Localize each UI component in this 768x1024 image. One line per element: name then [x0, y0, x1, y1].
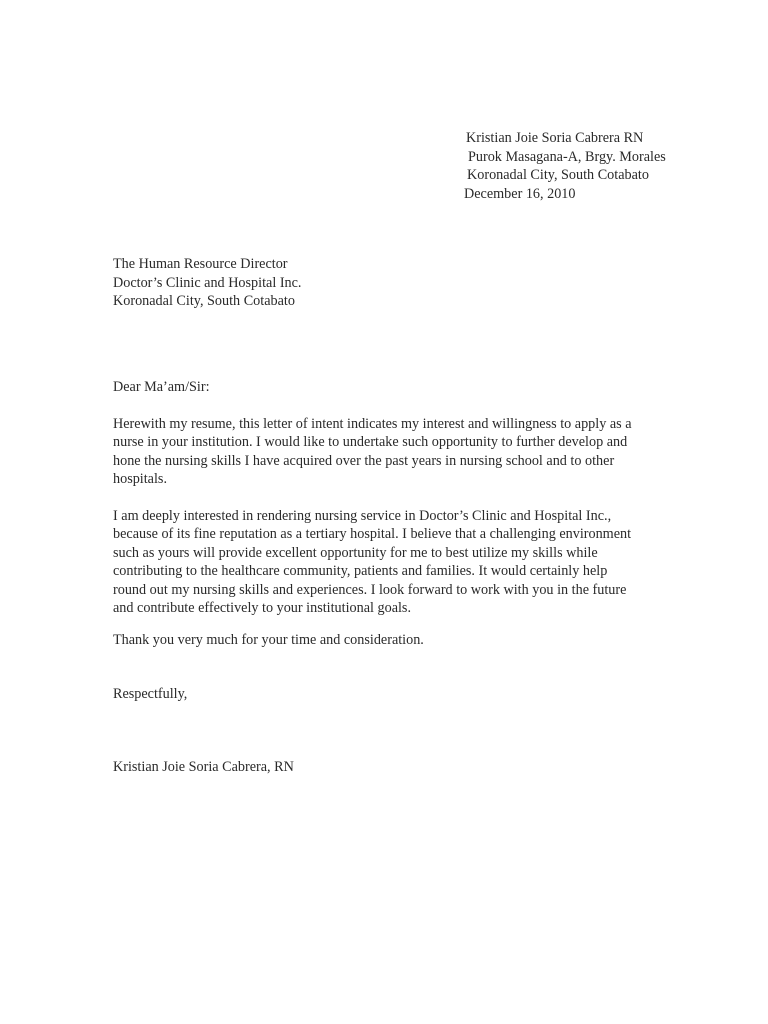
recipient-block: The Human Resource Director Doctor’s Cli… [113, 255, 301, 311]
paragraph-line: hone the nursing skills I have acquired … [113, 452, 713, 471]
paragraph-line: hospitals. [113, 470, 713, 489]
paragraph-line: Herewith my resume, this letter of inten… [113, 415, 713, 434]
paragraph-line: contributing to the healthcare community… [113, 562, 713, 581]
thanks-line: Thank you very much for your time and co… [113, 631, 424, 650]
paragraph-line: because of its fine reputation as a tert… [113, 525, 713, 544]
recipient-address: Koronadal City, South Cotabato [113, 292, 301, 311]
paragraph-line: such as yours will provide excellent opp… [113, 544, 713, 563]
sender-name: Kristian Joie Soria Cabrera RN [466, 129, 666, 148]
recipient-organization: Doctor’s Clinic and Hospital Inc. [113, 274, 301, 293]
sender-address-line1: Purok Masagana-A, Brgy. Morales [468, 148, 666, 167]
letter-page: Kristian Joie Soria Cabrera RN Purok Mas… [0, 0, 768, 1024]
signature: Kristian Joie Soria Cabrera, RN [113, 758, 294, 777]
paragraph-line: and contribute effectively to your insti… [113, 599, 713, 618]
salutation: Dear Ma’am/Sir: [113, 378, 713, 397]
sender-address-line2: Koronadal City, South Cotabato [467, 166, 666, 185]
sender-block: Kristian Joie Soria Cabrera RN Purok Mas… [464, 129, 666, 203]
recipient-title: The Human Resource Director [113, 255, 301, 274]
paragraph-line: I am deeply interested in rendering nurs… [113, 507, 713, 526]
paragraph-intent: Herewith my resume, this letter of inten… [113, 415, 713, 489]
paragraph-line: round out my nursing skills and experien… [113, 581, 713, 600]
letter-body: Dear Ma’am/Sir: Herewith my resume, this… [113, 378, 713, 636]
letter-date: December 16, 2010 [464, 185, 666, 204]
paragraph-interest: I am deeply interested in rendering nurs… [113, 507, 713, 618]
closing: Respectfully, [113, 685, 187, 704]
paragraph-line: nurse in your institution. I would like … [113, 433, 713, 452]
